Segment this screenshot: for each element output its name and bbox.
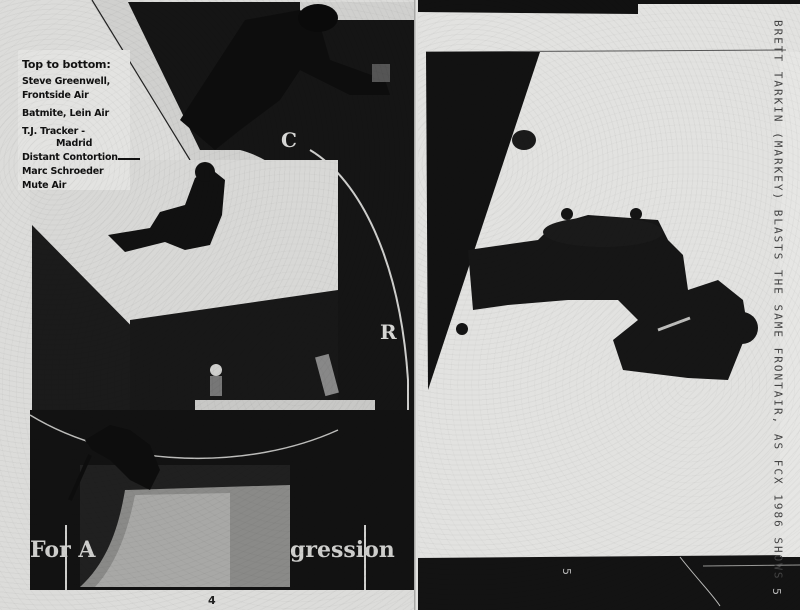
page-number-right-b: 5 <box>770 588 783 595</box>
caption-line: Frontside Air <box>22 89 132 103</box>
logo-letter-c: C <box>281 128 297 152</box>
vertical-photo-credit: BRETT TARKIN (MARKEY) BLASTS THE SAME FR… <box>772 20 785 580</box>
caption-line: Mute Air <box>22 179 132 193</box>
page-number-left: 4 <box>208 594 216 607</box>
caption-line: Marc Schroeder <box>22 165 132 179</box>
right-page: 9/722/1455 5 5 <box>418 0 800 610</box>
caption-heading: Top to bottom: <box>22 58 132 72</box>
caption-line: Batmite, Lein Air <box>22 107 132 121</box>
caption-line: Steve Greenwell, <box>22 75 132 89</box>
page-number-right-a: 5 <box>560 568 573 575</box>
logo-letter-r: R <box>380 320 397 344</box>
caption-line: T.J. Tracker - <box>22 125 132 139</box>
caption-line: Distant Contortion <box>22 151 132 165</box>
left-page: Top to bottom: Steve Greenwell, Frontsid… <box>0 0 418 610</box>
headline-right: gression <box>290 537 395 563</box>
headline-left: For A <box>30 537 95 563</box>
photo-caption: Top to bottom: Steve Greenwell, Frontsid… <box>22 58 132 193</box>
caption-line: Madrid <box>22 139 132 148</box>
zine-spread: Top to bottom: Steve Greenwell, Frontsid… <box>0 0 800 610</box>
right-page-artwork <box>418 0 800 610</box>
